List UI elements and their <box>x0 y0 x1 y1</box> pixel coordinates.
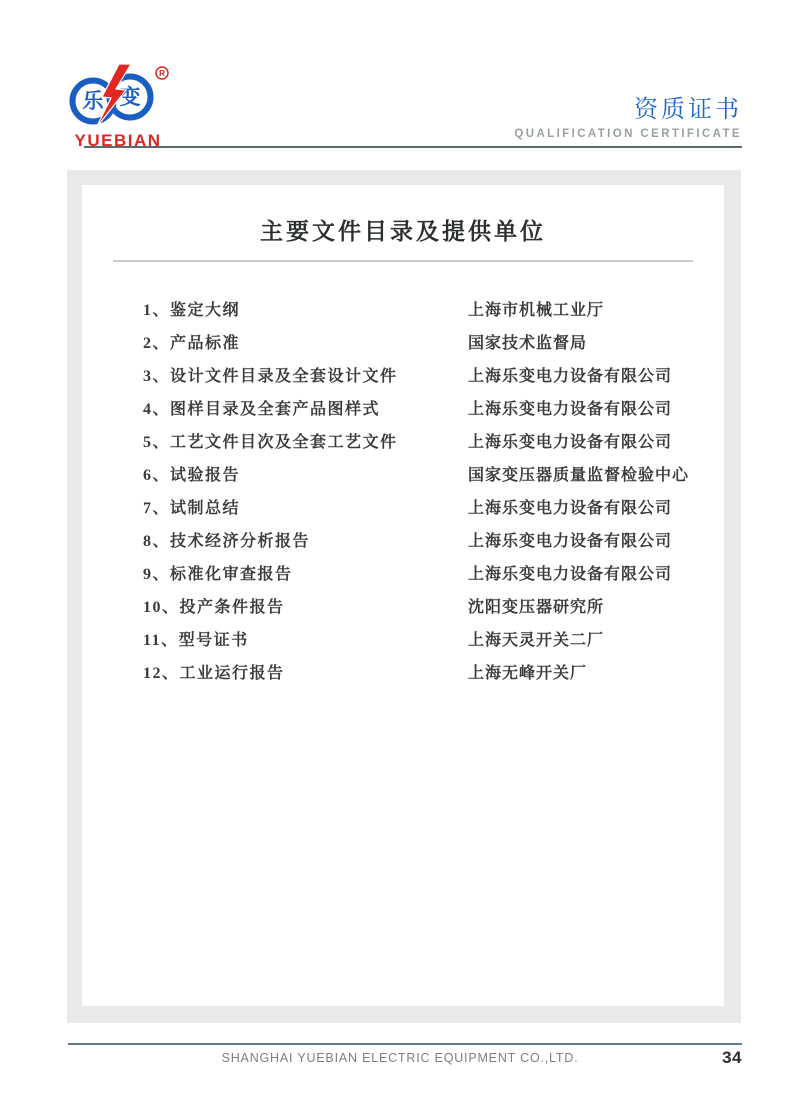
document-list-row: 11、型号证书 上海天灵开关二厂 <box>82 624 724 657</box>
item-number: 6 <box>143 467 153 484</box>
provider-cell: 上海乐变电力设备有限公司 <box>468 426 724 459</box>
certificate-card-inner: 主要文件目录及提供单位 1、鉴定大纲 上海市机械工业厅 2、产品标准 国家技术监… <box>82 185 724 1006</box>
certificate-card: 主要文件目录及提供单位 1、鉴定大纲 上海市机械工业厅 2、产品标准 国家技术监… <box>67 170 741 1023</box>
page-number: 34 <box>722 1048 742 1068</box>
document-list: 1、鉴定大纲 上海市机械工业厅 2、产品标准 国家技术监督局 3、设计文件目录及… <box>82 294 724 690</box>
provider-cell: 上海无峰开关厂 <box>468 657 724 690</box>
item-number: 1 <box>143 302 153 319</box>
item-separator: 、 <box>153 467 171 484</box>
document-name-cell: 3、设计文件目录及全套设计文件 <box>143 360 468 393</box>
header-title-en: QUALIFICATION CERTIFICATE <box>514 128 742 140</box>
footer-company: SHANGHAI YUEBIAN ELECTRIC EQUIPMENT CO.,… <box>0 1051 800 1065</box>
provider-cell: 上海乐变电力设备有限公司 <box>468 558 724 591</box>
footer-divider <box>68 1043 742 1045</box>
document-name-cell: 10、投产条件报告 <box>143 591 468 624</box>
item-number: 11 <box>143 632 161 649</box>
provider-cell: 上海天灵开关二厂 <box>468 624 724 657</box>
item-separator: 、 <box>162 665 180 682</box>
document-list-row: 6、试验报告 国家变压器质量监督检验中心 <box>82 459 724 492</box>
item-name: 技术经济分析报告 <box>170 533 310 550</box>
title-divider <box>113 260 693 262</box>
company-logo: 乐 变 R YUEBIAN <box>66 64 170 151</box>
item-name: 工艺文件目次及全套工艺文件 <box>170 434 398 451</box>
item-name: 设计文件目录及全套设计文件 <box>170 368 398 385</box>
document-list-row: 8、技术经济分析报告 上海乐变电力设备有限公司 <box>82 525 724 558</box>
logo-left-char: 乐 <box>83 89 105 113</box>
item-number: 12 <box>143 665 162 682</box>
document-list-row: 5、工艺文件目次及全套工艺文件 上海乐变电力设备有限公司 <box>82 426 724 459</box>
header-divider <box>84 146 742 148</box>
item-number: 3 <box>143 368 153 385</box>
document-list-row: 1、鉴定大纲 上海市机械工业厅 <box>82 294 724 327</box>
document-name-cell: 5、工艺文件目次及全套工艺文件 <box>143 426 468 459</box>
header-title-cn: 资质证书 <box>514 96 742 124</box>
registered-mark: R <box>159 69 165 78</box>
item-name: 试验报告 <box>170 467 240 484</box>
provider-cell: 上海市机械工业厅 <box>468 294 724 327</box>
document-name-cell: 1、鉴定大纲 <box>143 294 468 327</box>
document-name-cell: 11、型号证书 <box>143 624 468 657</box>
item-number: 9 <box>143 566 153 583</box>
document-list-row: 4、图样目录及全套产品图样式 上海乐变电力设备有限公司 <box>82 393 724 426</box>
item-number: 4 <box>143 401 153 418</box>
header-titles: 资质证书 QUALIFICATION CERTIFICATE <box>514 96 742 140</box>
provider-cell: 国家技术监督局 <box>468 327 724 360</box>
document-list-row: 3、设计文件目录及全套设计文件 上海乐变电力设备有限公司 <box>82 360 724 393</box>
item-name: 型号证书 <box>179 632 249 649</box>
item-number: 2 <box>143 335 153 352</box>
item-number: 5 <box>143 434 153 451</box>
document-list-row: 9、标准化审查报告 上海乐变电力设备有限公司 <box>82 558 724 591</box>
provider-cell: 沈阳变压器研究所 <box>468 591 724 624</box>
item-number: 7 <box>143 500 153 517</box>
item-separator: 、 <box>153 566 171 583</box>
provider-cell: 上海乐变电力设备有限公司 <box>468 525 724 558</box>
document-name-cell: 6、试验报告 <box>143 459 468 492</box>
certificate-page: 乐 变 R YUEBIAN 资质证书 QUALIFICATION CERTIFI… <box>0 0 800 1095</box>
provider-cell: 上海乐变电力设备有限公司 <box>468 360 724 393</box>
item-name: 鉴定大纲 <box>170 302 240 319</box>
document-name-cell: 9、标准化审查报告 <box>143 558 468 591</box>
item-name: 工业运行报告 <box>180 665 285 682</box>
item-name: 标准化审查报告 <box>170 566 293 583</box>
document-list-row: 12、工业运行报告 上海无峰开关厂 <box>82 657 724 690</box>
document-name-cell: 4、图样目录及全套产品图样式 <box>143 393 468 426</box>
document-name-cell: 8、技术经济分析报告 <box>143 525 468 558</box>
item-separator: 、 <box>162 599 180 616</box>
item-separator: 、 <box>153 302 171 319</box>
item-name: 投产条件报告 <box>180 599 285 616</box>
item-name: 产品标准 <box>170 335 240 352</box>
document-name-cell: 7、试制总结 <box>143 492 468 525</box>
logo-wordmark: YUEBIAN <box>66 131 170 151</box>
item-number: 10 <box>143 599 162 616</box>
yuebian-logo-icon: 乐 变 R <box>66 64 170 130</box>
item-separator: 、 <box>153 500 171 517</box>
provider-cell: 上海乐变电力设备有限公司 <box>468 393 724 426</box>
document-title: 主要文件目录及提供单位 <box>82 185 724 247</box>
provider-cell: 国家变压器质量监督检验中心 <box>468 459 724 492</box>
document-list-row: 2、产品标准 国家技术监督局 <box>82 327 724 360</box>
document-name-cell: 2、产品标准 <box>143 327 468 360</box>
item-separator: 、 <box>153 434 171 451</box>
provider-cell: 上海乐变电力设备有限公司 <box>468 492 724 525</box>
document-list-row: 10、投产条件报告 沈阳变压器研究所 <box>82 591 724 624</box>
item-separator: 、 <box>153 533 171 550</box>
item-separator: 、 <box>153 401 171 418</box>
item-separator: 、 <box>153 368 171 385</box>
item-name: 试制总结 <box>170 500 240 517</box>
logo-right-char: 变 <box>120 85 141 109</box>
item-separator: 、 <box>161 632 179 649</box>
item-name: 图样目录及全套产品图样式 <box>170 401 380 418</box>
item-number: 8 <box>143 533 153 550</box>
document-list-row: 7、试制总结 上海乐变电力设备有限公司 <box>82 492 724 525</box>
item-separator: 、 <box>153 335 171 352</box>
document-name-cell: 12、工业运行报告 <box>143 657 468 690</box>
